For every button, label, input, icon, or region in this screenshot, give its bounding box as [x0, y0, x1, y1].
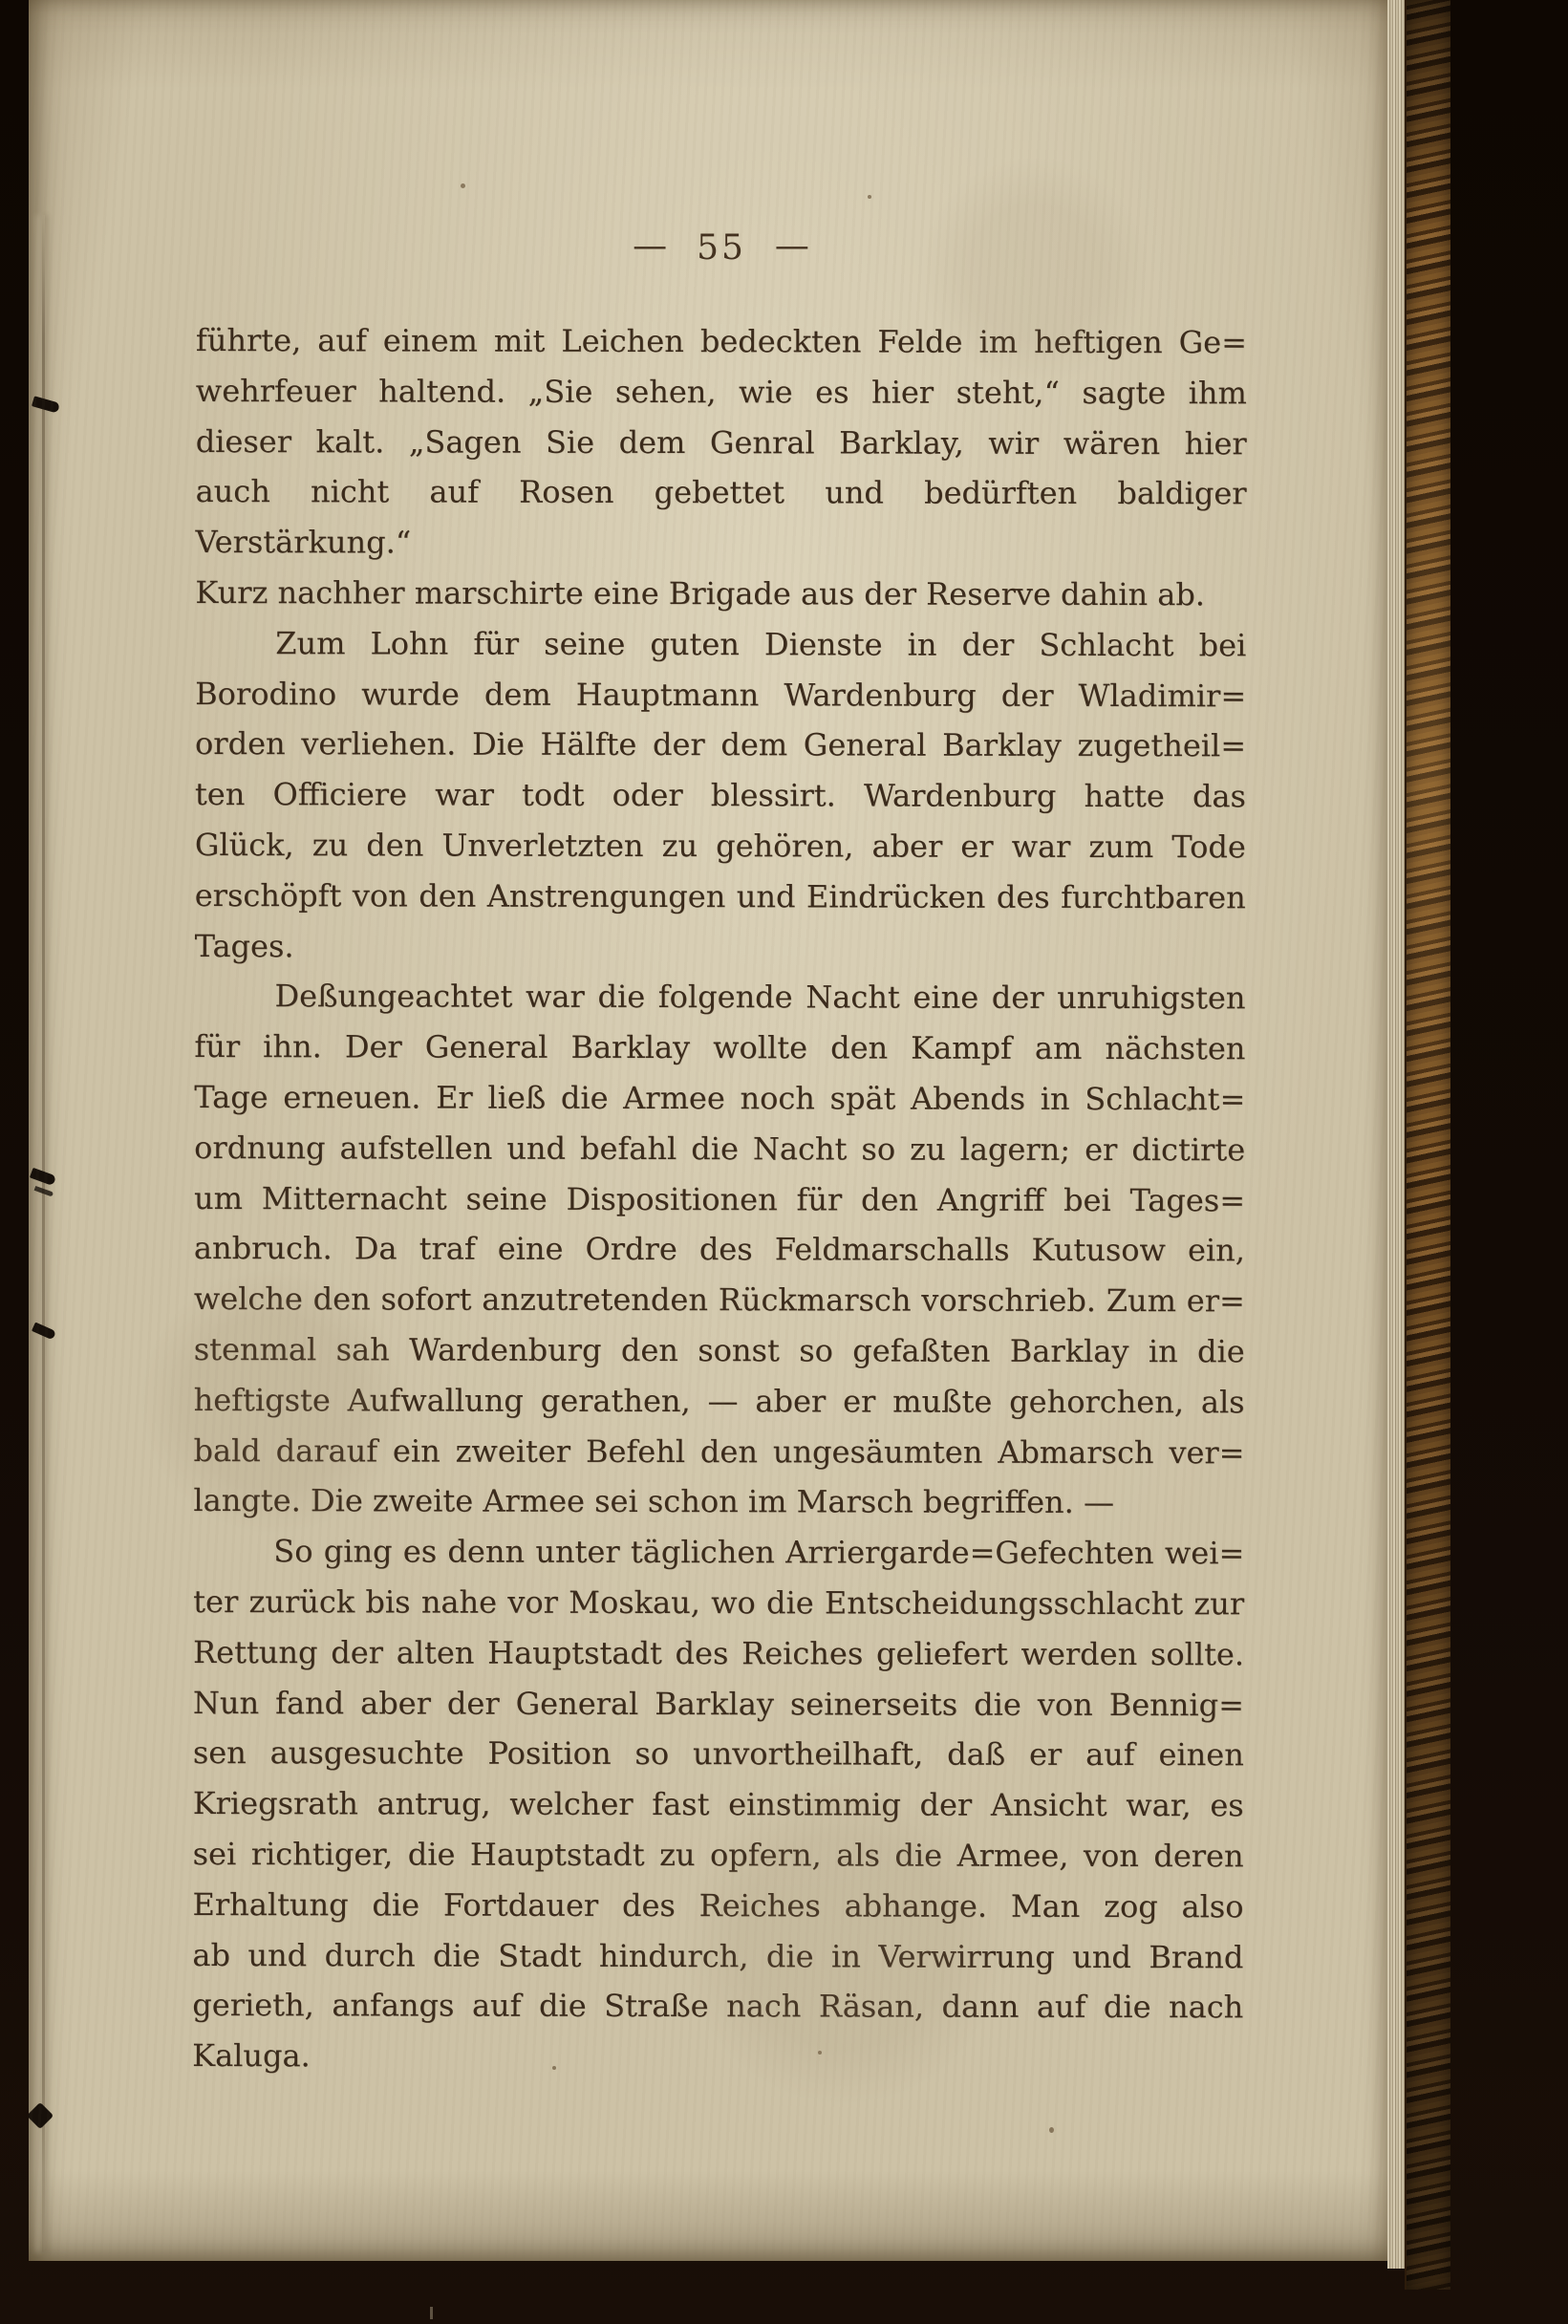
text-line: ter zurück bis nahe vor Moskau, wo die E…: [193, 1577, 1244, 1629]
paper-speck: [868, 195, 871, 199]
text-line: langte. Die zweite Armee sei schon im Ma…: [193, 1475, 1244, 1528]
text-line: für ihn. Der General Barklay wollte den …: [194, 1022, 1245, 1074]
text-line: So ging es denn unter täglichen Arrierga…: [193, 1526, 1244, 1579]
page-header: —55—: [196, 226, 1247, 271]
text-line: bald darauf ein zweiter Befehl den unges…: [193, 1426, 1244, 1478]
text-line: Kurz nachher marschirte eine Brigade aus…: [195, 568, 1246, 620]
binding-stitch: [32, 396, 60, 413]
text-line: orden verliehen. Die Hälfte der dem Gene…: [195, 719, 1246, 771]
marbled-fore-edge: [1405, 0, 1450, 2290]
page-number: 55: [697, 226, 746, 271]
text-line: führte, auf einem mit Leichen bedeckten …: [196, 315, 1247, 368]
paragraph: Deßungeachtet war die folgende Nacht ein…: [193, 971, 1245, 1528]
text-line: Nun fand aber der General Barklay seiner…: [193, 1678, 1244, 1731]
text-line: gerieth, anfangs auf die Straße nach Räs…: [192, 1980, 1243, 2033]
paper-speck: [461, 183, 465, 188]
paragraph: Zum Lohn für seine guten Dienste in der …: [195, 618, 1247, 974]
text-line: Glück, zu den Unverletzten zu gehören, a…: [195, 820, 1246, 872]
text-line: anbruch. Da traf eine Ordre des Feldmars…: [194, 1223, 1245, 1276]
paragraph: So ging es denn unter täglichen Arrierga…: [192, 1526, 1244, 2083]
stray-mark: [430, 2307, 433, 2319]
text-line: Borodino wurde dem Hauptmann Wardenburg …: [195, 669, 1246, 721]
text-line: sei richtiger, die Hauptstadt zu opfern,…: [193, 1829, 1244, 1882]
text-line: erschöpft von den Anstrengungen und Eind…: [195, 871, 1246, 923]
binding-stitch: [27, 2102, 54, 2129]
text-line: ten Officiere war todt oder blessirt. Wa…: [195, 769, 1246, 822]
text-line: Tage erneuen. Er ließ die Armee noch spä…: [194, 1072, 1245, 1125]
page-edge-stack: [1387, 0, 1405, 2269]
text-line: Kriegsrath antrug, welcher fast einstimm…: [193, 1778, 1244, 1831]
text-line: Zum Lohn für seine guten Dienste in der …: [195, 618, 1246, 671]
text-block: führte, auf einem mit Leichen bedeckten …: [192, 315, 1247, 2083]
text-line: Rettung der alten Hauptstadt des Reiches…: [193, 1627, 1244, 1680]
text-line: Deßungeachtet war die folgende Nacht ein…: [194, 971, 1245, 1023]
text-line: Kaluga.: [192, 2031, 1243, 2083]
text-line: um Mitternacht seine Dispositionen für d…: [194, 1173, 1245, 1226]
text-line: wehrfeuer haltend. „Sie sehen, wie es hi…: [196, 366, 1247, 419]
text-line: auch nicht auf Rosen gebettet und bedürf…: [195, 466, 1246, 570]
header-dash-right: —: [775, 224, 810, 269]
gutter-crease: [42, 215, 45, 2252]
text-line: Tages.: [195, 921, 1246, 974]
book-page: —55— führte, auf einem mit Leichen bedec…: [29, 0, 1387, 2261]
book-photo: —55— führte, auf einem mit Leichen bedec…: [0, 0, 1568, 2324]
text-line: Erhaltung die Fortdauer des Reiches abha…: [192, 1880, 1243, 1932]
text-line: heftigste Aufwallung gerathen, — aber er…: [194, 1375, 1245, 1428]
paragraph: führte, auf einem mit Leichen bedeckten …: [195, 315, 1247, 620]
text-line: ab und durch die Stadt hindurch, die in …: [192, 1929, 1243, 1982]
text-line: welche den sofort anzutretenden Rückmars…: [194, 1274, 1245, 1326]
text-line: sen ausgesuchte Position so unvortheilha…: [193, 1728, 1244, 1780]
text-line: dieser kalt. „Sagen Sie dem Genral Barkl…: [196, 417, 1247, 469]
paper-speck: [1049, 2127, 1054, 2133]
text-line: ordnung aufstellen und befahl die Nacht …: [194, 1123, 1245, 1175]
header-dash-left: —: [633, 224, 668, 269]
text-line: stenmal sah Wardenburg den sonst so gefa…: [194, 1324, 1245, 1377]
